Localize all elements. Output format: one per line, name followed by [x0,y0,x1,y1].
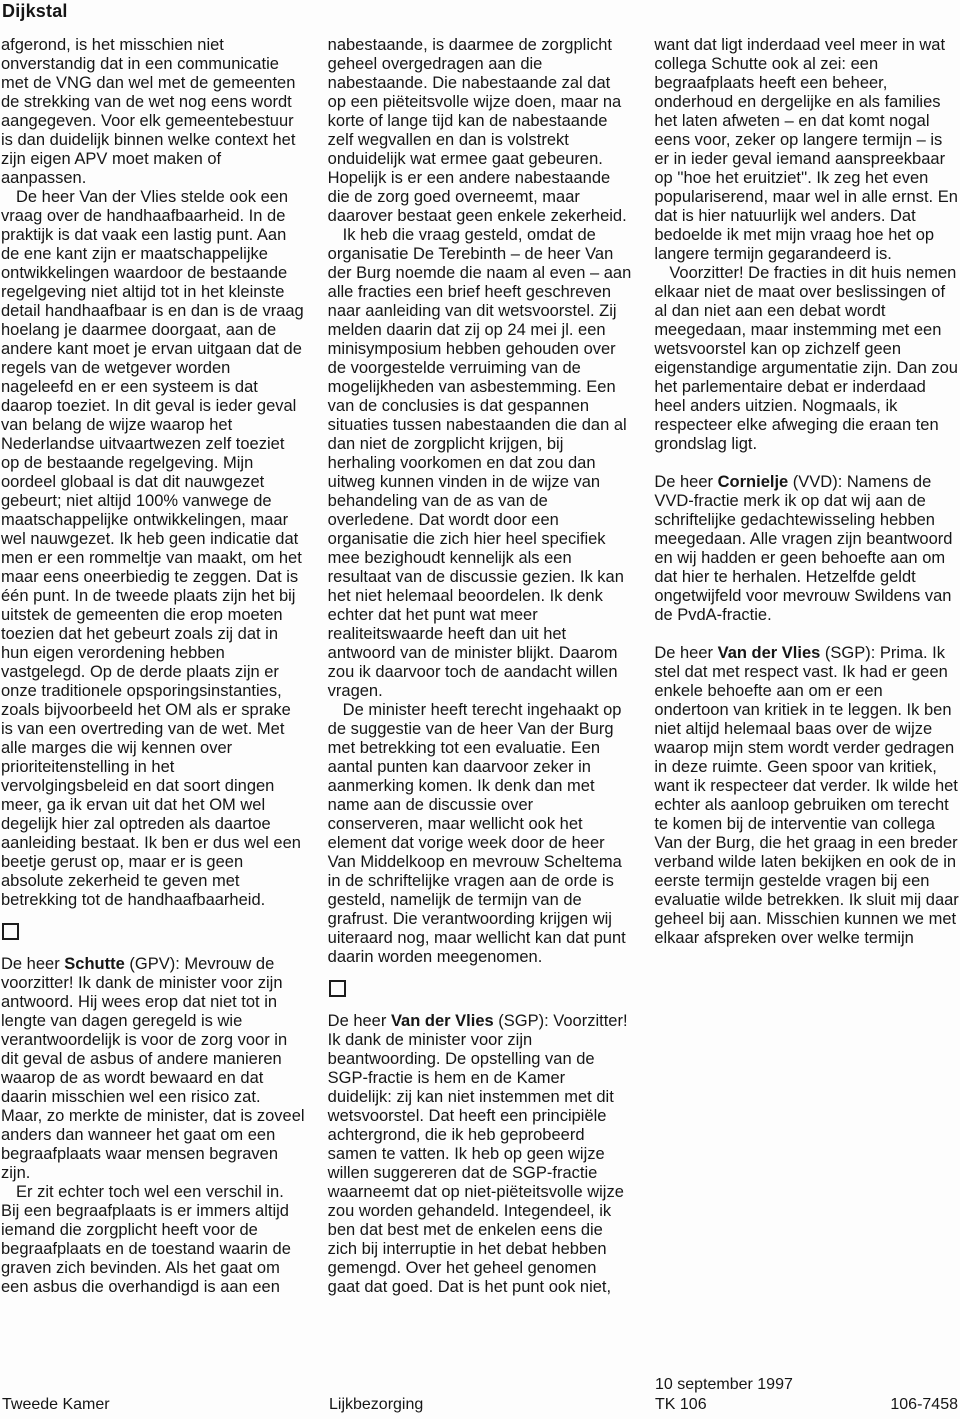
speaker-name: Van der Vlies [718,644,821,662]
footer-page-reference: 106-7458 [890,1396,958,1414]
speaker-text: (GPV): Mevrouw de voorzitter! Ik dank de… [1,955,305,1182]
paragraph: Ik heb die vraag gesteld, omdat de organ… [328,226,633,701]
speaker-prefix: De heer [654,644,717,662]
speaker-prefix: De heer [328,1012,391,1030]
footer-session-number: TK 106 [655,1396,707,1414]
speaker-prefix: De heer [1,955,64,973]
paragraph-continuation: afgerond, is het misschien niet onversta… [1,36,306,188]
speaker-text: (VVD): Namens de VVD-fractie merk ik op … [654,473,952,624]
paragraph: De minister heeft terecht ingehaakt op d… [328,701,633,967]
end-of-speech-square-icon [329,980,346,997]
footer-date: 10 september 1997 [655,1376,793,1394]
footer-chamber: Tweede Kamer [2,1396,110,1414]
speaker-text: (SGP): Prima. Ik stel dat met respect va… [654,644,958,947]
proceedings-page: { "page": { "header": "Dijkstal", "foote… [0,0,960,1419]
speaker-name: Schutte [64,955,125,973]
speaker-prefix: De heer [654,473,717,491]
speaker-name: Cornielje [718,473,789,491]
speaker-paragraph-van-der-vlies-2: De heer Van der Vlies (SGP): Prima. Ik s… [654,644,959,948]
speaker-name: Van der Vlies [391,1012,494,1030]
article-text-columns: afgerond, is het misschien niet onversta… [1,36,959,1298]
speaker-paragraph-schutte: De heer Schutte (GPV): Mevrouw de voorzi… [1,955,306,1183]
paragraph: Voorzitter! De fracties in dit huis neme… [654,264,959,454]
end-of-speech-square-icon [2,923,19,940]
speaker-paragraph-cornielje: De heer Cornielje (VVD): Namens de VVD-f… [654,473,959,625]
footer-topic: Lijkbezorging [329,1396,423,1414]
paragraph: De heer Van der Vlies stelde ook een vra… [1,188,306,910]
speaker-running-header: Dijkstal [2,1,68,22]
